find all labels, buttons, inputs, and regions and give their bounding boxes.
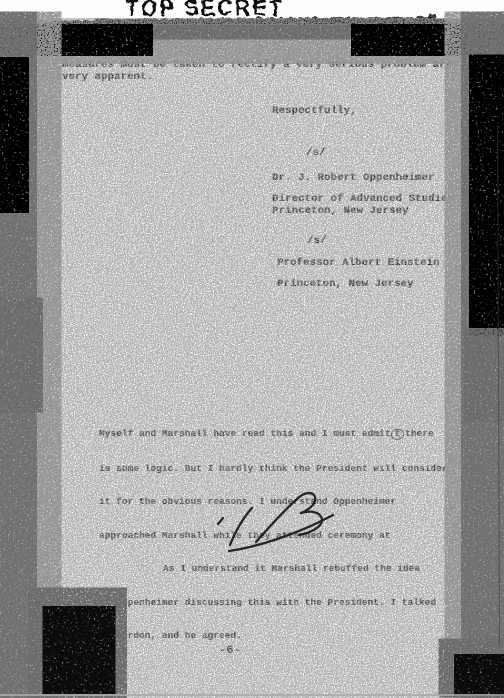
annotation-line-4: approached Marshall while they attended … xyxy=(99,530,448,541)
signatory-location-einstein: Princeton, New Jersey xyxy=(277,278,414,290)
top-secret-stamp: TOP SECRET xyxy=(126,0,284,21)
annotation-line-2: is some logic. But I hardly think the Pr… xyxy=(99,463,448,474)
scanned-document-page: measures must be taken to rectify a very… xyxy=(0,0,504,698)
annotation-note: Myself and Marshall have read this and I… xyxy=(99,406,448,663)
classification-stamp-group: TOP SECRET xyxy=(0,0,504,28)
letter-body-line1: measures must be taken to rectify a very… xyxy=(62,59,452,71)
signature-mark-einstein: /s/ xyxy=(307,235,327,247)
black-scan-band xyxy=(0,19,504,28)
signature-mark-oppenheimer: /s/ xyxy=(306,147,326,159)
annotation-line-1: Myself and Marshall have read this and I… xyxy=(99,428,448,440)
annotation-line-7: to Gordon, and he agreed. xyxy=(99,630,448,641)
letter-closing: Respectfully, xyxy=(272,105,357,117)
stamp-artifact-blot xyxy=(428,14,436,20)
page-number: -6- xyxy=(219,645,242,657)
annotation-line-6: of Oppenheimer discussing this with the … xyxy=(99,597,448,608)
annotation-line-5: As I understand it Marshall rebuffed the… xyxy=(99,563,448,574)
stamp-underline xyxy=(95,17,433,21)
signatory-location: Princeton, New Jersey xyxy=(272,205,409,217)
letter-body-line2: very apparent. xyxy=(62,71,153,83)
annotation-line-3: it for the obvious reasons. I understand… xyxy=(99,496,448,507)
letter-body: measures must be taken to rectify a very… xyxy=(62,59,452,83)
signatory-title-location-oppenheimer: Director of Advanced StudiesPrinceton, N… xyxy=(272,193,454,217)
signatory-name-einstein: Professor Albert Einstein xyxy=(277,257,440,269)
signatory-name-oppenheimer: Dr. J. Robert Oppenheimer xyxy=(272,172,435,184)
circled-correction: t xyxy=(391,429,404,441)
page-bottom-edge xyxy=(0,694,504,696)
scan-edge-line xyxy=(498,128,500,645)
signatory-title: Director of Advanced Studies xyxy=(272,193,454,205)
